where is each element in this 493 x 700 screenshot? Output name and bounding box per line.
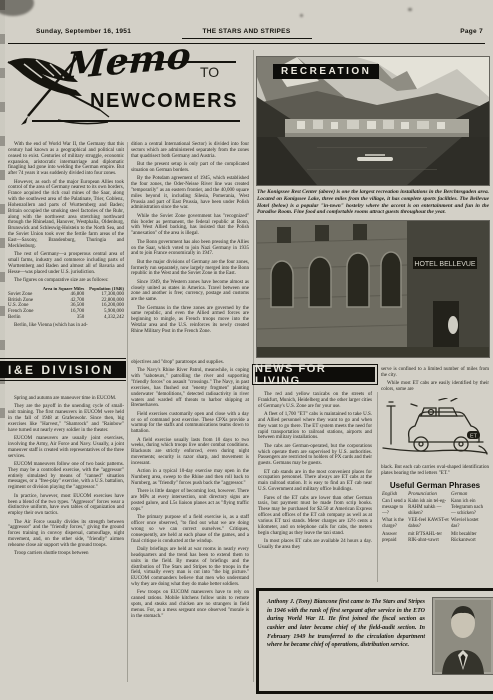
zones-table: Area in Square Miles Population (1946) S… [8,286,124,321]
paragraph: EUCOM maneuvers follow one of two basic … [8,462,124,491]
table-row: Berlin3504,332,242 [8,315,124,321]
recreation-label: RECREATION [273,64,379,79]
et-plate: ET [470,434,478,440]
zones-col-area: Area in Square Miles [37,286,84,291]
masthead-underline [182,38,312,39]
paragraph: A fleet of 1,700 "ET" cabs is maintained… [258,412,372,441]
konigssee-photo: RECREATION [257,57,489,185]
paragraph: Fares of the ET cabs are lower than othe… [258,496,372,537]
paragraph: In most places ET cabs are available 24 … [258,539,372,551]
paragraph: The primary purpose of a field exercise … [131,515,249,544]
paragraph: They are the payoff in the unending cycl… [8,404,124,433]
news-column-divider [377,392,378,582]
memo-column-2: dition a central International Sector) i… [131,142,249,337]
masthead-title: THE STARS AND STRIPES [0,28,493,35]
paragraph: While the Soviet Zone government has "re… [131,214,249,237]
hotel-photo-art: HOTEL BELLEVUE [257,221,489,357]
taxi-cartoon: ET [381,398,489,460]
paragraph: A field exercise usually lasts from 10 d… [131,438,249,467]
paragraph: Troop carriers shuttle troops between [8,551,124,557]
paragraph: Spring and autumn are maneuver time in E… [8,396,124,402]
scan-speck [300,14,303,17]
paragraph: black. But each cab carries oval-shaped … [381,465,489,477]
paragraph: While most ET cabs are easily identified… [381,381,489,393]
scan-speck [408,8,412,11]
paragraph: However, as each of the major European A… [8,180,124,250]
german-phrases-table: English Pronunciation German Can I send … [381,492,489,545]
paragraph: But the present setup is only part of th… [131,162,249,174]
phrase-row: Can I send a message to —? Kahn ish ain … [381,499,489,518]
ie-division-title: I&E DIVISION [0,361,126,378]
scan-smudge [0,0,34,16]
paragraph: With the end of World War II, the German… [8,142,124,177]
paragraph: The Bonn government has also been pressi… [131,240,249,258]
paragraph: Field exercises customarily open and clo… [131,412,249,435]
news-column-2: serve is confined to a limited number of… [381,367,489,545]
hotel-sign: HOTEL BELLEVUE [414,261,476,268]
paragraph: EUCOM maneuvers are usually joint exerci… [8,436,124,459]
paragraph: dition a central International Sector) i… [131,142,249,160]
paragraph: But the major divisions of Germany are t… [131,260,249,278]
paragraph: The Germans in the three zones are gover… [131,306,249,335]
paragraph: Since 1949, the Western zones have becom… [131,280,249,303]
bellevue-hotel-photo: HOTEL BELLEVUE [257,221,489,357]
memo-bottom-rule [32,120,240,122]
news-column-1: The red and yellow taxicabs on the stree… [258,392,372,553]
zones-col-pop: Population (1946) [84,286,124,291]
paragraph: Action in a typical 10-day exercise may … [131,469,249,487]
paragraph: ET cab stands are in the most convenient… [258,470,372,493]
paragraph: Berlin, like Vienna (which has in ad- [8,323,124,329]
german-phrases-title: Useful German Phrases [381,481,489,490]
page-number: Page 7 [460,28,483,35]
paragraph: The cabs are German-operated, but the co… [258,444,372,467]
news-for-living-title: NEWS FOR LIVING [255,367,375,382]
bio-box: Anthony J. (Tony) Biancone first came to… [256,588,493,694]
bio-portrait-photo [433,598,493,674]
paragraph: The Navy's Rhine River Patrol, meanwhile… [131,368,249,409]
paragraph: The figures on comparative size are as f… [8,278,124,284]
paragraph: The rest of Germany—a prosperous central… [8,252,124,275]
news-for-living-header: NEWS FOR LIVING [252,364,378,385]
paragraph: By the Potsdam agreement of 1945, which … [131,176,249,211]
column-divider [127,142,128,682]
paragraph: In practice, however, most EUCOM exercis… [8,494,124,517]
memo-masthead: Memo TO NEWCOMERS [2,48,254,140]
phrases-header-row: English Pronunciation German [381,492,489,499]
ie-column-1: Spring and autumn are maneuver time in E… [8,396,124,560]
ie-column-2: objectives and "drop" paratroops and sup… [131,360,249,622]
photo-caption: The Konigssee Rest Center (above) is one… [257,189,489,216]
memo-title-to: TO [200,64,219,80]
memo-column-1: With the end of World War II, the German… [8,142,124,331]
paragraph: The red and yellow taxicabs on the stree… [258,392,372,410]
paragraph: Few troops on EUCOM maneuvers have to re… [131,590,249,619]
phrase-row: Answer prepaid mit B'TSAHL-ter RIK-ahnt-… [381,532,489,546]
paragraph: Daily briefings are held at war rooms in… [131,547,249,588]
bio-text: Anthony J. (Tony) Biancone first came to… [267,598,425,684]
paragraph: There is little danger of becoming lost,… [131,489,249,512]
ie-division-header: I&E DIVISION [0,358,126,381]
paragraph: objectives and "drop" paratroops and sup… [131,360,249,366]
paragraph: serve is confined to a limited number of… [381,367,489,379]
newspaper-page: { "header": { "date": "Sunday, September… [0,0,493,700]
paragraph: The Air Force usually divides its streng… [8,520,124,549]
memo-title-newcomers: NEWCOMERS [90,90,238,113]
phrase-row: What is the charge? VEE-feel KAWST-et da… [381,518,489,532]
